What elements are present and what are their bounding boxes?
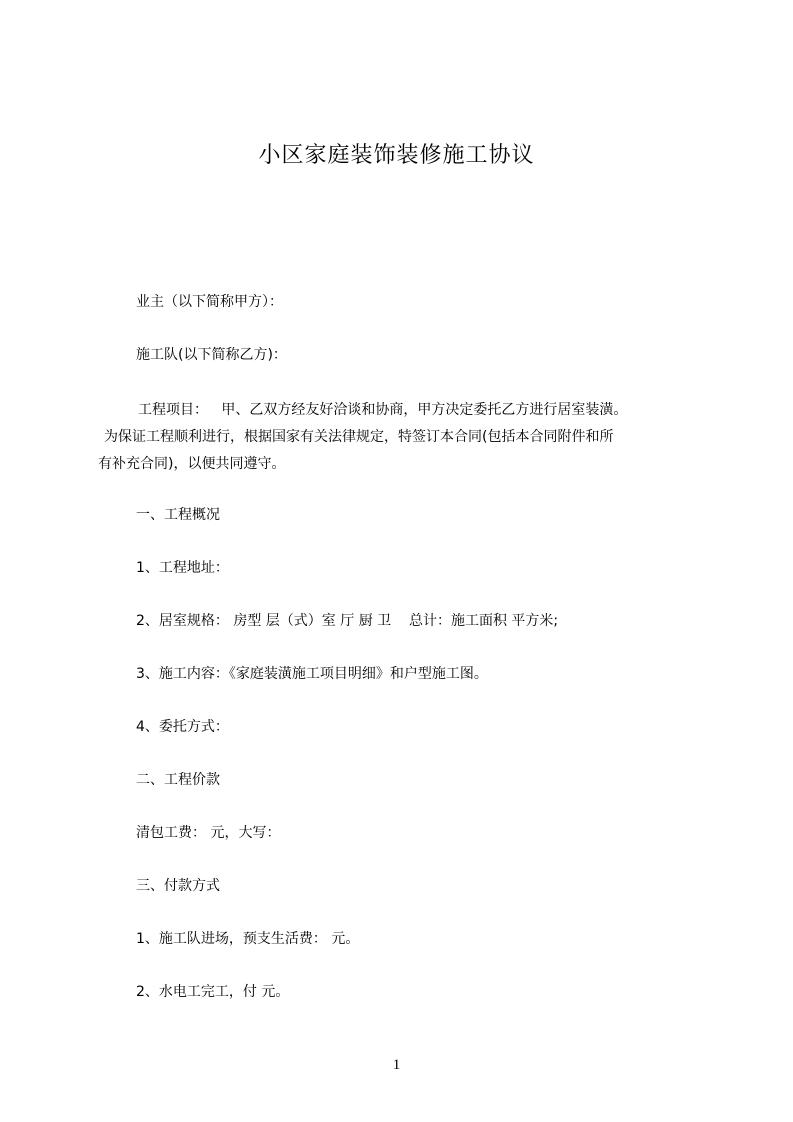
- section-3-item-plumbing: 2、水电工完工，付 元。: [136, 982, 289, 1002]
- intro-row-1: 工程项目： 甲、乙双方经友好洽谈和协商，甲方决定委托乙方进行居室装潢。: [104, 397, 716, 424]
- section-3-heading: 三、付款方式: [136, 876, 220, 896]
- party-b-line: 施工队(以下简称乙方)：: [136, 345, 287, 365]
- section-2-item-labor-fee: 清包工费： 元，大写：: [136, 823, 280, 843]
- section-1-item-address: 1、工程地址：: [136, 558, 229, 578]
- page-number: 1: [0, 1055, 793, 1075]
- intro-row-2: 为保证工程顺利进行，根据国家有关法律规定，特签订本合同(包括本合同附件和所: [104, 424, 716, 451]
- section-2-heading: 二、工程价款: [136, 770, 220, 790]
- section-1-heading: 一、工程概况: [136, 505, 220, 525]
- party-a-line: 业主（以下简称甲方）：: [136, 292, 283, 312]
- section-1-item-room-spec: 2、居室规格： 房型 层（式）室 厅 厨 卫 总计：施工面积 平方米;: [136, 611, 558, 631]
- document-page: 小区家庭装饰装修施工协议 业主（以下简称甲方）： 施工队(以下简称乙方)： 工程…: [0, 0, 793, 1122]
- intro-row-3: 有补充合同)，以便共同遵守。: [98, 451, 716, 478]
- document-title: 小区家庭装饰装修施工协议: [0, 141, 793, 171]
- section-1-item-content: 3、施工内容：《家庭装潢施工项目明细》和户型施工图。: [136, 664, 488, 684]
- section-3-item-advance: 1、施工队进场，预支生活费： 元。: [136, 929, 359, 949]
- section-1-item-entrust: 4、委托方式：: [136, 717, 229, 737]
- intro-paragraph: 工程项目： 甲、乙双方经友好洽谈和协商，甲方决定委托乙方进行居室装潢。 为保证工…: [104, 397, 716, 478]
